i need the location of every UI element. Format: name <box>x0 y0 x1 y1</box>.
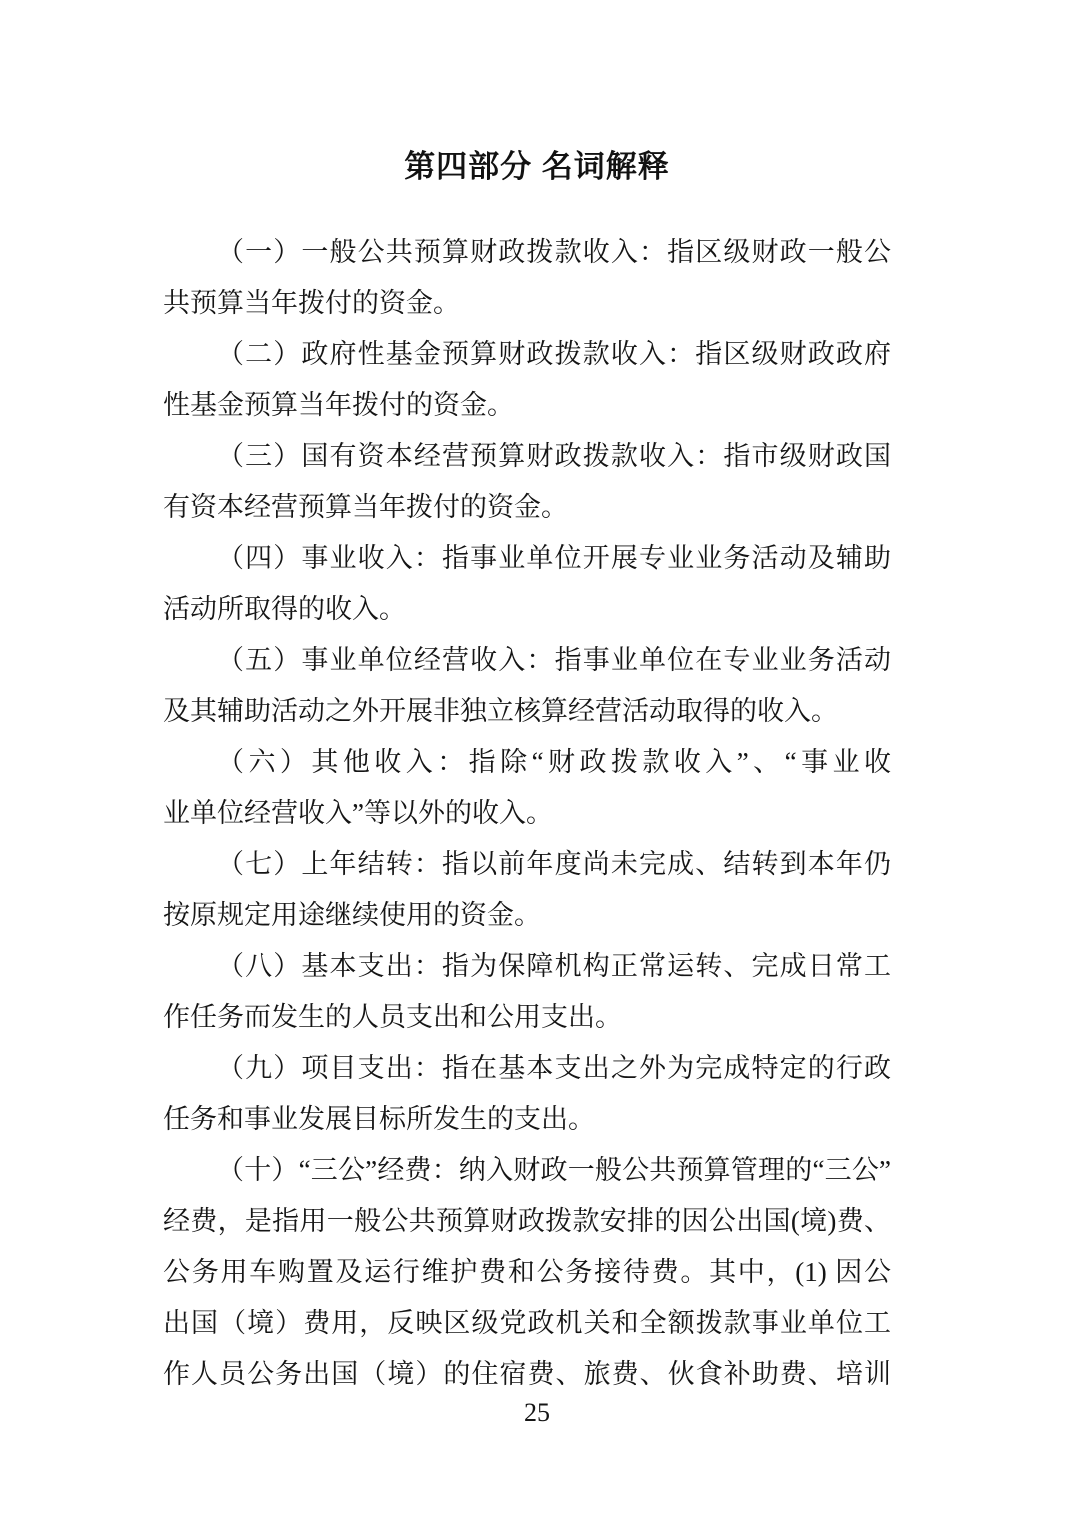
paragraph-item-4: （四）事业收入：指事业单位开展专业业务活动及辅助活动所取得的收入。 <box>163 533 891 635</box>
paragraph-item-8: （八）基本支出：指为保障机构正常运转、完成日常工作任务而发生的人员支出和公用支出… <box>163 941 891 1043</box>
text-line: 经费，是指用一般公共预算财政拨款安排的因公出国(境)费、 <box>163 1196 891 1247</box>
text-line: 业单位经营收入”等以外的收入。 <box>163 788 891 839</box>
text-line: 出国（境）费用，反映区级党政机关和全额拨款事业单位工 <box>163 1298 891 1349</box>
text-line: （四）事业收入：指事业单位开展专业业务活动及辅助 <box>163 533 891 584</box>
text-line: 按原规定用途继续使用的资金。 <box>163 890 891 941</box>
text-line: （六）其他收入：指除“财政拨款收入”、“事业收入”、“事 <box>163 737 891 788</box>
text-line: （五）事业单位经营收入：指事业单位在专业业务活动 <box>163 635 891 686</box>
text-line: （九）项目支出：指在基本支出之外为完成特定的行政 <box>163 1043 891 1094</box>
text-line: （十）“三公”经费：纳入财政一般公共预算管理的“三公” <box>163 1145 891 1196</box>
paragraph-item-3: （三）国有资本经营预算财政拨款收入：指市级财政国有资本经营预算当年拨付的资金。 <box>163 431 891 533</box>
text-line: 有资本经营预算当年拨付的资金。 <box>163 482 891 533</box>
document-page: 第四部分 名词解释 （一）一般公共预算财政拨款收入：指区级财政一般公共预算当年拨… <box>0 0 1074 1520</box>
text-line: （八）基本支出：指为保障机构正常运转、完成日常工 <box>163 941 891 992</box>
paragraph-item-10: （十）“三公”经费：纳入财政一般公共预算管理的“三公”经费，是指用一般公共预算财… <box>163 1145 891 1400</box>
text-line: 性基金预算当年拨付的资金。 <box>163 380 891 431</box>
paragraph-item-7: （七）上年结转：指以前年度尚未完成、结转到本年仍按原规定用途继续使用的资金。 <box>163 839 891 941</box>
text-line: （七）上年结转：指以前年度尚未完成、结转到本年仍 <box>163 839 891 890</box>
text-line: （一）一般公共预算财政拨款收入：指区级财政一般公 <box>163 227 891 278</box>
text-line: 公务用车购置及运行维护费和公务接待费。其中，(1) 因公 <box>163 1247 891 1298</box>
text-line: 共预算当年拨付的资金。 <box>163 278 891 329</box>
paragraph-item-6: （六）其他收入：指除“财政拨款收入”、“事业收入”、“事业单位经营收入”等以外的… <box>163 737 891 839</box>
paragraph-item-1: （一）一般公共预算财政拨款收入：指区级财政一般公共预算当年拨付的资金。 <box>163 227 891 329</box>
paragraph-item-2: （二）政府性基金预算财政拨款收入：指区级财政政府性基金预算当年拨付的资金。 <box>163 329 891 431</box>
text-line: 及其辅助活动之外开展非独立核算经营活动取得的收入。 <box>163 686 891 737</box>
paragraph-item-9: （九）项目支出：指在基本支出之外为完成特定的行政任务和事业发展目标所发生的支出。 <box>163 1043 891 1145</box>
document-body: （一）一般公共预算财政拨款收入：指区级财政一般公共预算当年拨付的资金。（二）政府… <box>163 227 891 1400</box>
text-line: （三）国有资本经营预算财政拨款收入：指市级财政国 <box>163 431 891 482</box>
paragraph-item-5: （五）事业单位经营收入：指事业单位在专业业务活动及其辅助活动之外开展非独立核算经… <box>163 635 891 737</box>
text-line: 作任务而发生的人员支出和公用支出。 <box>163 992 891 1043</box>
text-line: 活动所取得的收入。 <box>163 584 891 635</box>
text-line: （二）政府性基金预算财政拨款收入：指区级财政政府 <box>163 329 891 380</box>
page-number: 25 <box>0 1396 1074 1430</box>
section-title: 第四部分 名词解释 <box>0 146 1074 188</box>
text-line: 任务和事业发展目标所发生的支出。 <box>163 1094 891 1145</box>
text-line: 作人员公务出国（境）的住宿费、旅费、伙食补助费、培训 <box>163 1349 891 1400</box>
